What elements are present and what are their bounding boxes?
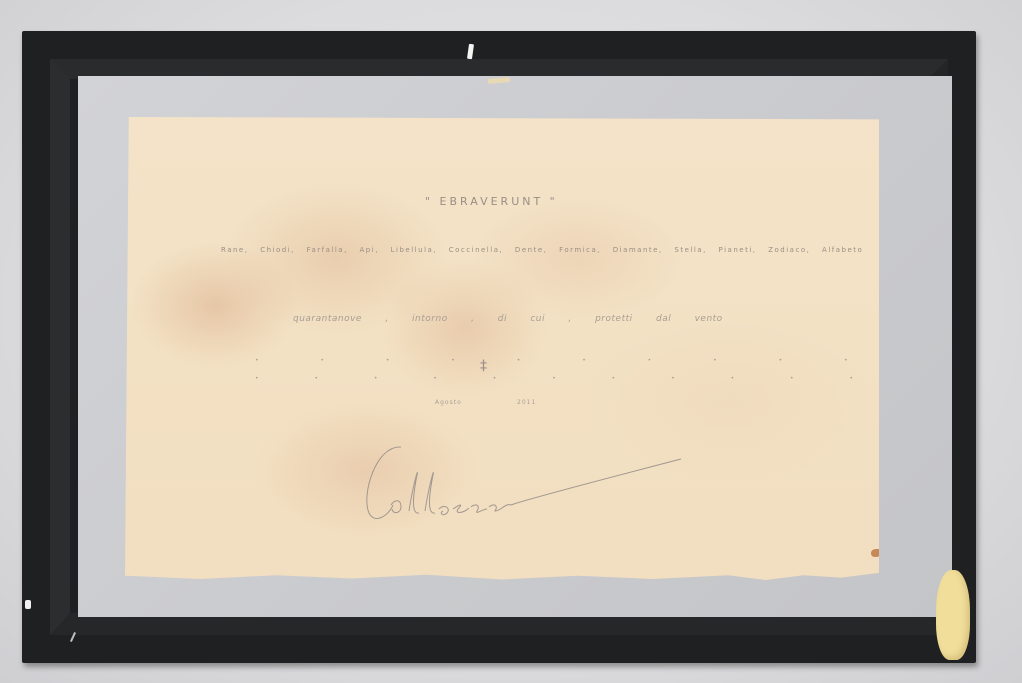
date-year: 2011	[517, 399, 536, 406]
document-list-line: Rane, Chiodi, Farfalla, Api, Libellula, …	[221, 246, 863, 254]
date-month: Agosto	[435, 399, 462, 406]
signature-icon	[361, 435, 691, 535]
putty-icon	[936, 570, 970, 660]
dots-row-2: • • • • • • • • • • • •	[255, 375, 939, 382]
aged-paper-document: " EBRAVERUNT " Rane, Chiodi, Farfalla, A…	[125, 117, 879, 587]
frame-scuff	[25, 600, 31, 609]
document-title: " EBRAVERUNT "	[425, 195, 558, 208]
cross-mark: ‡	[480, 358, 488, 374]
document-phrase-line: quarantanove , intorno , di cui , protet…	[293, 314, 723, 324]
